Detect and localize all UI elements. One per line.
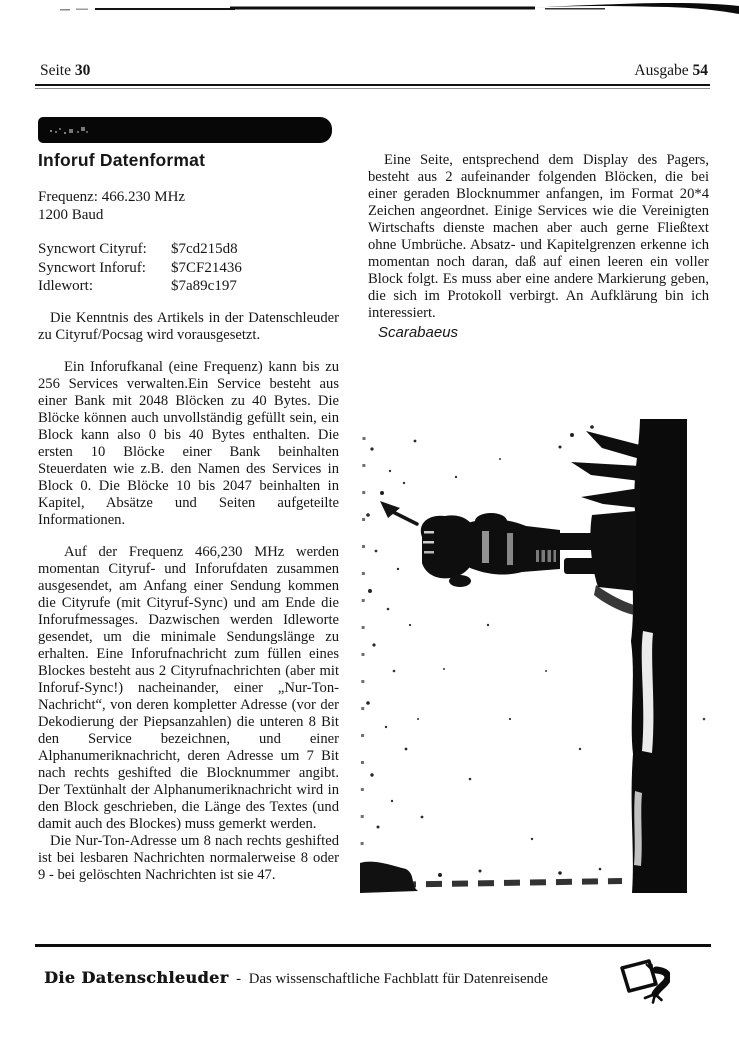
paragraph: Die Kenntnis des Artikels in der Datensc… bbox=[38, 310, 339, 344]
scanned-magazine-page: { "header": { "page": { "label": "Seite"… bbox=[0, 0, 739, 1055]
scan-edge-artifact-icon bbox=[0, 0, 739, 18]
footer-rule bbox=[35, 944, 711, 947]
right-column: Eine Seite, entsprechend dem Display des… bbox=[368, 152, 709, 341]
page-footer: Die Datenschleuder - Das wissenschaftlic… bbox=[44, 968, 604, 988]
paragraph: Auf der Frequenz 466,230 MHz werden mome… bbox=[38, 544, 339, 833]
issue-label: Ausgabe bbox=[634, 62, 688, 79]
scanned-photo-art bbox=[360, 419, 710, 893]
magazine-name: Die Datenschleuder bbox=[44, 968, 228, 987]
header-rule-shadow bbox=[35, 88, 710, 89]
section-banner-bar bbox=[38, 117, 332, 143]
footer-tagline: Das wissenschaftliche Fachblatt für Date… bbox=[249, 971, 548, 987]
footer-separator: - bbox=[236, 971, 241, 987]
table-row: Syncwort Cityruf: $7cd215d8 bbox=[38, 240, 339, 259]
code-value: $7CF21436 bbox=[171, 259, 242, 278]
paragraph: Ein Inforufkanal (eine Frequenz) kann bi… bbox=[38, 359, 339, 529]
author-signature: Scarabaeus bbox=[368, 324, 709, 341]
spec-baud-rate: 1200 Baud bbox=[38, 206, 339, 224]
banner-scan-specks-icon bbox=[50, 130, 52, 132]
paragraph: Eine Seite, entsprechend dem Display des… bbox=[368, 152, 709, 322]
header-rule bbox=[35, 84, 710, 86]
issue-number-right: Ausgabe 54 bbox=[634, 62, 708, 80]
page-header: Seite 30 Ausgabe 54 bbox=[40, 62, 708, 80]
left-column: Inforuf Datenformat Frequenz: 466.230 MH… bbox=[38, 150, 339, 884]
page-number-left: Seite 30 bbox=[40, 62, 90, 80]
paragraph: Die Nur-Ton-Adresse um 8 nach rechts ges… bbox=[38, 833, 339, 884]
scanned-photo bbox=[360, 419, 710, 893]
page-number: 30 bbox=[75, 62, 91, 79]
table-row: Syncwort Inforuf: $7CF21436 bbox=[38, 259, 339, 278]
datenschleuder-logo-icon bbox=[616, 957, 670, 1005]
left-column-body: Die Kenntnis des Artikels in der Datensc… bbox=[38, 310, 339, 884]
syncword-table: Syncwort Cityruf: $7cd215d8 Syncwort Inf… bbox=[38, 240, 339, 296]
code-label: Idlewort: bbox=[38, 277, 171, 296]
spec-frequency: Frequenz: 466.230 MHz bbox=[38, 188, 339, 206]
issue-number: 54 bbox=[693, 62, 709, 79]
code-label: Syncwort Inforuf: bbox=[38, 259, 171, 278]
article-title: Inforuf Datenformat bbox=[38, 150, 339, 171]
code-value: $7a89c197 bbox=[171, 277, 237, 296]
table-row: Idlewort: $7a89c197 bbox=[38, 277, 339, 296]
code-value: $7cd215d8 bbox=[171, 240, 238, 259]
page-label: Seite bbox=[40, 62, 71, 79]
code-label: Syncwort Cityruf: bbox=[38, 240, 171, 259]
